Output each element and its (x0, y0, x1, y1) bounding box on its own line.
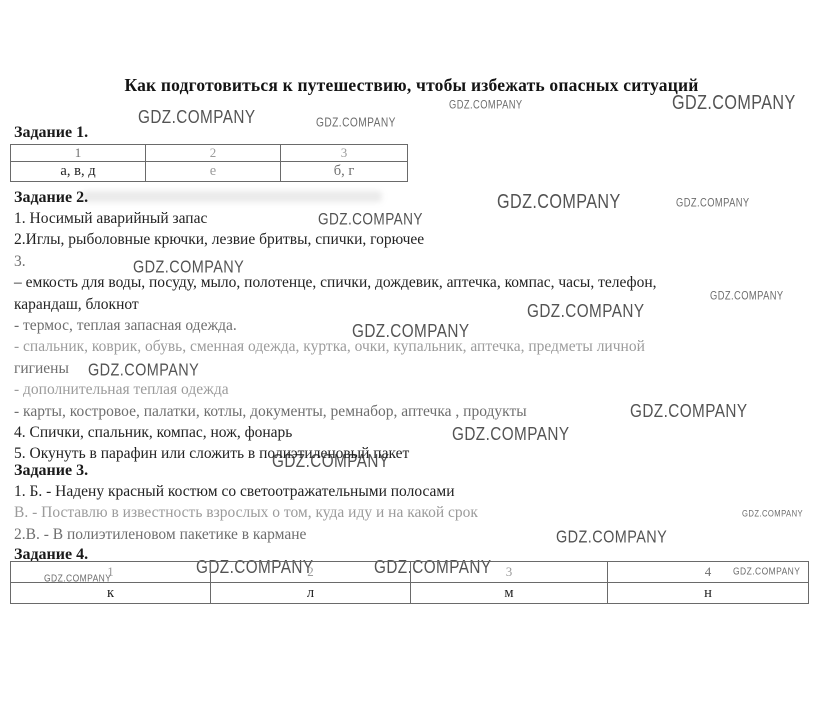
text-line: 1. Б. - Надену красный костюм со светоот… (14, 481, 809, 502)
text-line: 2.Иглы, рыболовные крючки, лезвие бритвы… (14, 229, 809, 250)
table-cell: а, в, д (11, 162, 146, 181)
text-line: карандаш, блокнот (14, 294, 809, 315)
table-cell: 4 (608, 562, 808, 583)
table-cell: 1 (11, 562, 211, 583)
text-line: 4. Спички, спальник, компас, нож, фонарь (14, 422, 809, 443)
task1-heading: Задание 1. (14, 122, 88, 143)
text-line: – емкость для воды, посуду, мыло, полоте… (14, 272, 809, 293)
task2-section: Задание 2. 1. Носимый аварийный запас2.И… (14, 187, 809, 465)
table-cell: 1 (11, 145, 146, 162)
task2-heading: Задание 2. (14, 187, 809, 208)
text-line: - термос, теплая запасная одежда. (14, 315, 809, 336)
text-line: 3. (14, 251, 809, 272)
table-cell: 3 (411, 562, 608, 583)
task4-table: 1234клмн (10, 561, 809, 604)
task3-section: Задание 3. 1. Б. - Надену красный костюм… (14, 460, 809, 545)
text-line: 1. Носимый аварийный запас (14, 208, 809, 229)
table-cell: 2 (146, 145, 281, 162)
task1-table: 123а, в, деб, г (10, 144, 408, 182)
task3-lines: 1. Б. - Надену красный костюм со светоот… (14, 481, 809, 545)
page-title: Как подготовиться к путешествию, чтобы и… (0, 75, 823, 96)
watermark: GDZ.COMPANY (449, 99, 523, 112)
table-cell: 2 (211, 562, 411, 583)
table-cell: 3 (281, 145, 407, 162)
text-line: В. - Поставлю в известность взрослых о т… (14, 502, 809, 523)
table-cell: н (608, 583, 808, 603)
watermark: GDZ.COMPANY (138, 106, 255, 128)
document-page: GDZ.COMPANYGDZ.COMPANYGDZ.COMPANYGDZ.COM… (0, 0, 823, 709)
watermark: GDZ.COMPANY (316, 115, 396, 130)
text-line: 2.В. - В полиэтиленовом пакетике в карма… (14, 524, 809, 545)
table-cell: б, г (281, 162, 407, 181)
text-line: гигиены (14, 358, 809, 379)
table-cell: л (211, 583, 411, 603)
table-cell: к (11, 583, 211, 603)
table-cell: е (146, 162, 281, 181)
text-line: - карты, костровое, палатки, котлы, доку… (14, 401, 809, 422)
text-line: - спальник, коврик, обувь, сменная одежд… (14, 336, 809, 357)
task2-lines: 1. Носимый аварийный запас2.Иглы, рыболо… (14, 208, 809, 465)
task3-heading: Задание 3. (14, 460, 809, 481)
text-line: - дополнительная теплая одежда (14, 379, 809, 400)
table-cell: м (411, 583, 608, 603)
